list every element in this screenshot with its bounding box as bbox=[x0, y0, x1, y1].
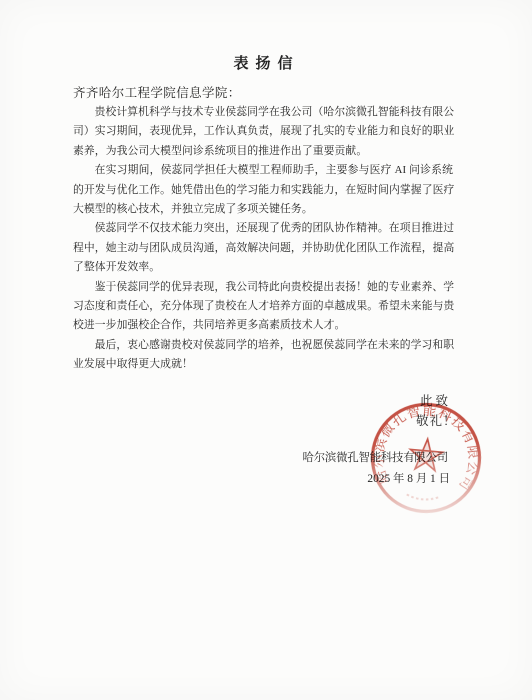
closing-salute: 敬礼！ bbox=[416, 411, 457, 429]
body-line: 贵校计算机科学与技术专业侯蕊同学在我公司（哈尔滨微孔智能科技有限公 bbox=[73, 103, 453, 122]
body-line: 大模型的核心技术，并独立完成了多项关键任务。 bbox=[73, 200, 453, 219]
signature-date: 2025 年 8 月 1 日 bbox=[70, 470, 450, 486]
salutation: 齐齐哈尔工程学院信息学院： bbox=[73, 83, 241, 101]
closing-respectfully: 此致 bbox=[420, 391, 451, 409]
body-line: 最后，衷心感谢贵校对侯蕊同学的培养，也祝愿侯蕊同学在未来的学习和职 bbox=[73, 336, 453, 355]
body-line: 在实习期间，侯蕊同学担任大模型工程师助手，主要参与医疗 AI 问诊系统 bbox=[73, 161, 453, 180]
body-line: 素养，为我公司大模型问诊系统项目的推进作出了重要贡献。 bbox=[73, 142, 453, 161]
body-line: 的开发与优化工作。她凭借出色的学习能力和实践能力，在短时间内掌握了医疗 bbox=[73, 181, 453, 200]
body-line: 鉴于侯蕊同学的优异表现，我公司特此向贵校提出表扬！她的专业素养、学 bbox=[73, 278, 453, 297]
body-line: 习态度和责任心，充分体现了贵校在人才培养方面的卓越成果。希望未来能与贵 bbox=[73, 297, 453, 316]
body-line: 司）实习期间，表现优异，工作认真负责，展现了扎实的专业能力和良好的职业 bbox=[73, 122, 453, 141]
body-line: 了整体开发效率。 bbox=[73, 258, 453, 277]
seal-bottom-marks bbox=[406, 494, 438, 500]
body-line: 校进一步加强校企合作，共同培养更多高素质技术人才。 bbox=[73, 316, 453, 335]
body-line: 业发展中取得更大成就！ bbox=[73, 355, 453, 374]
letter-page: 表扬信 齐齐哈尔工程学院信息学院： 贵校计算机科学与技术专业侯蕊同学在我公司（哈… bbox=[0, 0, 532, 700]
letter-body: 贵校计算机科学与技术专业侯蕊同学在我公司（哈尔滨微孔智能科技有限公司）实习期间，… bbox=[73, 103, 453, 374]
body-line: 侯蕊同学不仅技术能力突出，还展现了优秀的团队协作精神。在项目推进过 bbox=[73, 219, 453, 238]
signature-company-name: 哈尔滨微孔智能科技有限公司 bbox=[70, 449, 448, 465]
letter-title: 表扬信 bbox=[73, 52, 453, 73]
body-line: 程中，她主动与团队成员沟通，高效解决问题，并协助优化团队工作流程，提高 bbox=[73, 239, 453, 258]
